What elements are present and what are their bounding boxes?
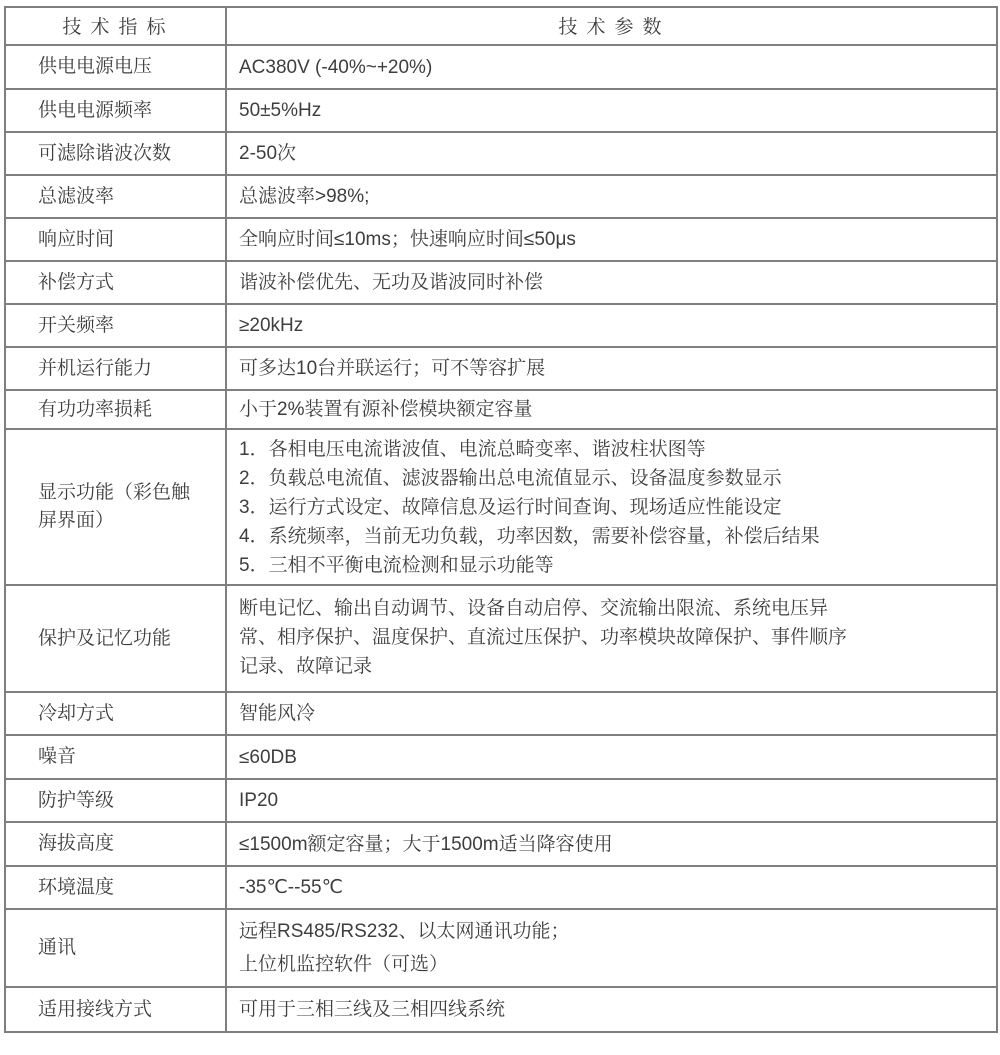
table-row: 显示功能（彩色触屏界面）1．各相电压电流谐波值、电流总畸变率、谐波柱状图等2．负…	[5, 429, 997, 585]
spec-label: 显示功能（彩色触屏界面）	[5, 429, 226, 585]
spec-value-line: 记录、故障记录	[239, 652, 986, 681]
spec-value: ≤1500m额定容量；大于1500m适当降容使用	[226, 822, 997, 866]
table-row: 供电电源频率50±5%Hz	[5, 89, 997, 132]
table-header-row: 技术指标 技术参数	[5, 7, 997, 45]
spec-value: 智能风冷	[226, 692, 997, 735]
table-row: 保护及记忆功能断电记忆、输出自动调节、设备自动启停、交流输出限流、系统电压异常、…	[5, 585, 997, 692]
spec-label: 噪音	[5, 735, 226, 779]
spec-value: -35℃--55℃	[226, 866, 997, 909]
table-row: 补偿方式谐波补偿优先、无功及谐波同时补偿	[5, 261, 997, 304]
spec-value: AC380V (-40%~+20%)	[226, 45, 997, 89]
spec-table-body: 供电电源电压AC380V (-40%~+20%)供电电源频率50±5%Hz可滤除…	[5, 45, 997, 1032]
spec-value: IP20	[226, 779, 997, 822]
spec-label: 保护及记忆功能	[5, 585, 226, 692]
table-row: 噪音≤60DB	[5, 735, 997, 779]
table-row: 供电电源电压AC380V (-40%~+20%)	[5, 45, 997, 89]
table-row: 环境温度-35℃--55℃	[5, 866, 997, 909]
spec-label: 总滤波率	[5, 175, 226, 218]
table-row: 海拔高度≤1500m额定容量；大于1500m适当降容使用	[5, 822, 997, 866]
spec-value: 可多达10台并联运行；可不等容扩展	[226, 347, 997, 390]
spec-label: 可滤除谐波次数	[5, 132, 226, 175]
spec-value-line: 4．系统频率，当前无功负载，功率因数，需要补偿容量，补偿后结果	[239, 522, 986, 551]
spec-table-container: 技术指标 技术参数 供电电源电压AC380V (-40%~+20%)供电电源频率…	[4, 6, 996, 1033]
spec-value-line: 常、相序保护、温度保护、直流过压保护、功率模块故障保护、事件顺序	[239, 623, 986, 652]
table-row: 开关频率≥20kHz	[5, 304, 997, 347]
table-row: 可滤除谐波次数2-50次	[5, 132, 997, 175]
spec-value-line: 远程RS485/RS232、以太网通讯功能；	[239, 915, 986, 948]
spec-value-line: 1．各相电压电流谐波值、电流总畸变率、谐波柱状图等	[239, 435, 986, 464]
spec-label: 冷却方式	[5, 692, 226, 735]
spec-label: 海拔高度	[5, 822, 226, 866]
spec-value: 断电记忆、输出自动调节、设备自动启停、交流输出限流、系统电压异常、相序保护、温度…	[226, 585, 997, 692]
table-row: 响应时间全响应时间≤10ms；快速响应时间≤50μs	[5, 218, 997, 261]
spec-label: 并机运行能力	[5, 347, 226, 390]
spec-label: 响应时间	[5, 218, 226, 261]
spec-value: 1．各相电压电流谐波值、电流总畸变率、谐波柱状图等2．负载总电流值、滤波器输出总…	[226, 429, 997, 585]
spec-label: 补偿方式	[5, 261, 226, 304]
spec-value: ≥20kHz	[226, 304, 997, 347]
spec-label: 开关频率	[5, 304, 226, 347]
spec-value-line: 断电记忆、输出自动调节、设备自动启停、交流输出限流、系统电压异	[239, 594, 986, 623]
spec-value-line: 5．三相不平衡电流检测和显示功能等	[239, 551, 986, 580]
header-parameter: 技术参数	[226, 7, 997, 45]
spec-label: 供电电源频率	[5, 89, 226, 132]
spec-value: 2-50次	[226, 132, 997, 175]
spec-label: 通讯	[5, 909, 226, 987]
spec-label: 供电电源电压	[5, 45, 226, 89]
spec-value: 总滤波率>98%;	[226, 175, 997, 218]
spec-value-line: 2．负载总电流值、滤波器输出总电流值显示、设备温度参数显示	[239, 464, 986, 493]
header-indicator: 技术指标	[5, 7, 226, 45]
spec-label: 防护等级	[5, 779, 226, 822]
spec-value: 全响应时间≤10ms；快速响应时间≤50μs	[226, 218, 997, 261]
spec-value: 可用于三相三线及三相四线系统	[226, 987, 997, 1032]
spec-label: 环境温度	[5, 866, 226, 909]
spec-value: ≤60DB	[226, 735, 997, 779]
spec-value: 远程RS485/RS232、以太网通讯功能；上位机监控软件（可选）	[226, 909, 997, 987]
spec-value: 50±5%Hz	[226, 89, 997, 132]
table-row: 适用接线方式可用于三相三线及三相四线系统	[5, 987, 997, 1032]
spec-value: 谐波补偿优先、无功及谐波同时补偿	[226, 261, 997, 304]
spec-value-line: 上位机监控软件（可选）	[239, 948, 986, 981]
table-row: 并机运行能力可多达10台并联运行；可不等容扩展	[5, 347, 997, 390]
spec-label: 适用接线方式	[5, 987, 226, 1032]
spec-value: 小于2%装置有源补偿模块额定容量	[226, 390, 997, 429]
table-row: 通讯远程RS485/RS232、以太网通讯功能；上位机监控软件（可选）	[5, 909, 997, 987]
spec-value-line: 3．运行方式设定、故障信息及运行时间查询、现场适应性能设定	[239, 493, 986, 522]
table-row: 冷却方式智能风冷	[5, 692, 997, 735]
table-row: 防护等级IP20	[5, 779, 997, 822]
spec-table: 技术指标 技术参数 供电电源电压AC380V (-40%~+20%)供电电源频率…	[4, 6, 998, 1033]
table-row: 有功功率损耗小于2%装置有源补偿模块额定容量	[5, 390, 997, 429]
table-row: 总滤波率总滤波率>98%;	[5, 175, 997, 218]
spec-label: 有功功率损耗	[5, 390, 226, 429]
